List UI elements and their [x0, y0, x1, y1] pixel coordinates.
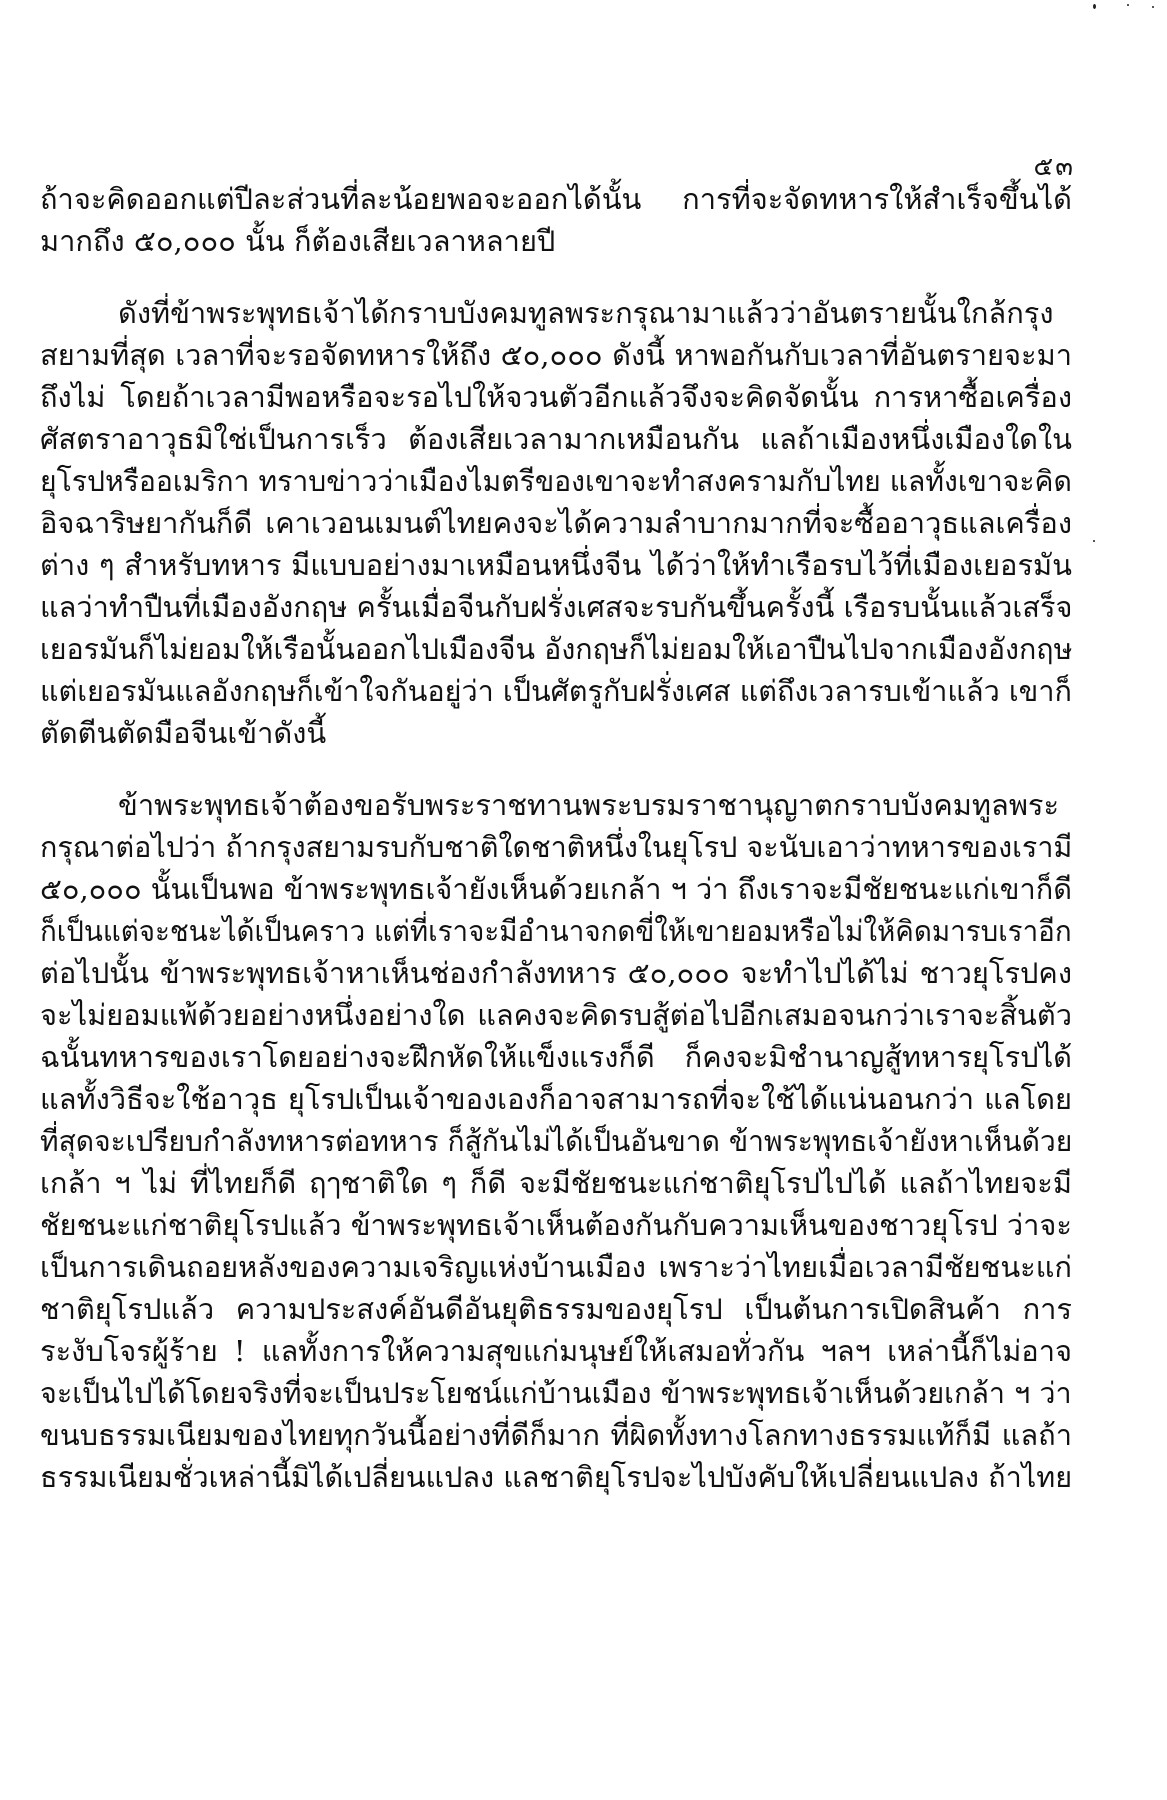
text-line: ระงับโจรผู้ร้าย ! แลทั้งการให้ความสุขแก่… [40, 1330, 1072, 1372]
text-line: แต่เยอรมันแลอังกฤษก็เข้าใจกันอยู่ว่า เป็… [40, 670, 1063, 712]
scanned-document-page: ๕๓ ถ้าจะคิดออกแต่ปีละส่วนที่ละน้อยพอจะออ… [0, 0, 1167, 1800]
text-line: ต่าง ๆ สำหรับทหาร มีแบบอย่างมาเหมือนหนึ่… [40, 544, 1072, 586]
text-line: กรุณาต่อไปว่า ถ้ากรุงสยามรบกับชาติใดชาติ… [40, 826, 1061, 868]
text-line: ยุโรปหรืออเมริกา ทราบข่าวว่าเมืองไมตรีขอ… [40, 460, 1048, 502]
paragraph: ดังที่ข้าพระพุทธเจ้าได้กราบบังคมทูลพระกร… [40, 292, 1072, 754]
text-line: จะเป็นไปได้โดยจริงที่จะเป็นประโยชน์แก่บ้… [40, 1372, 1061, 1414]
text-line: ถ้าจะคิดออกแต่ปีละส่วนที่ละน้อยพอจะออกได… [40, 178, 1072, 220]
text-line: สยามที่สุด เวลาที่จะรอจัดทหารให้ถึง ๕๐,๐… [40, 334, 1072, 376]
text-line: ก็เป็นแต่จะชนะได้เป็นคราว แต่ที่เราจะมีอ… [40, 910, 1027, 952]
scan-artifact [1093, 4, 1096, 9]
text-line: ข้าพระพุทธเจ้าต้องขอรับพระราชทานพระบรมรา… [40, 784, 1072, 826]
text-line: ฉนั้นทหารของเราโดยอย่างจะฝึกหัดให้แข็งแร… [40, 1036, 1072, 1078]
text-line: แลว่าทำปืนที่เมืองอังกฤษ ครั้นเมื่อจีนกั… [40, 586, 1069, 628]
text-line: ธรรมเนียมชั่วเหล่านี้มิได้เปลี่ยนแปลง แล… [40, 1456, 1065, 1498]
body-text: ถ้าจะคิดออกแต่ปีละส่วนที่ละน้อยพอจะออกได… [40, 178, 1072, 1498]
text-line: ดังที่ข้าพระพุทธเจ้าได้กราบบังคมทูลพระกร… [40, 292, 1072, 334]
text-line: เกล้า ฯ ไม่ ที่ไทยก็ดี ฤๅชาติใด ๆ ก็ดี จ… [40, 1162, 1072, 1204]
text-line: ชาติยุโรปแล้ว ความประสงค์อันดีอันยุติธรร… [40, 1288, 1072, 1330]
text-line: เยอรมันก็ไม่ยอมให้เรือนั้นออกไปเมืองจีน … [40, 628, 1057, 670]
text-line: เป็นการเดินถอยหลังของความเจริญแห่งบ้านเม… [40, 1246, 1072, 1288]
text-line: ขนบธรรมเนียมของไทยทุกวันนี้อย่างที่ดีก็ม… [40, 1414, 1072, 1456]
scan-artifact [1127, 4, 1129, 6]
text-line: อิจฉาริษยากันก็ดี เคาเวอนเมนต์ไทยคงจะได้… [40, 502, 1072, 544]
paragraph: ถ้าจะคิดออกแต่ปีละส่วนที่ละน้อยพอจะออกได… [40, 178, 1072, 262]
text-line: ถึงไม่ โดยถ้าเวลามีพอหรือจะรอไปให้จวนตัว… [40, 376, 1072, 418]
paragraph: ข้าพระพุทธเจ้าต้องขอรับพระราชทานพระบรมรา… [40, 784, 1072, 1498]
scan-artifact [1152, 6, 1154, 8]
text-line: ๕๐,๐๐๐ นั้นเป็นพอ ข้าพระพุทธเจ้ายังเห็นด… [40, 868, 1068, 910]
text-line: ชัยชนะแก่ชาติยุโรปแล้ว ข้าพระพุทธเจ้าเห็… [40, 1204, 1070, 1246]
text-line: ตัดตีนตัดมือจีนเข้าดังนี้ [40, 712, 1072, 754]
text-line: ศัสตราอาวุธมิใช่เป็นการเร็ว ต้องเสียเวลา… [40, 418, 1072, 460]
text-line: แลทั้งวิธีจะใช้อาวุธ ยุโรปเป็นเจ้าของเอง… [40, 1078, 1072, 1120]
text-line: ต่อไปนั้น ข้าพระพุทธเจ้าหาเห็นช่องกำลังท… [40, 952, 1072, 994]
scan-artifact [1093, 540, 1095, 542]
text-line: ที่สุดจะเปรียบกำลังทหารต่อทหาร ก็สู้กันไ… [40, 1120, 1044, 1162]
text-line: มากถึง ๕๐,๐๐๐ นั้น ก็ต้องเสียเวลาหลายปี [40, 220, 1072, 262]
text-line: จะไม่ยอมแพ้ด้วยอย่างหนึ่งอย่างใด แลคงจะค… [40, 994, 1072, 1036]
